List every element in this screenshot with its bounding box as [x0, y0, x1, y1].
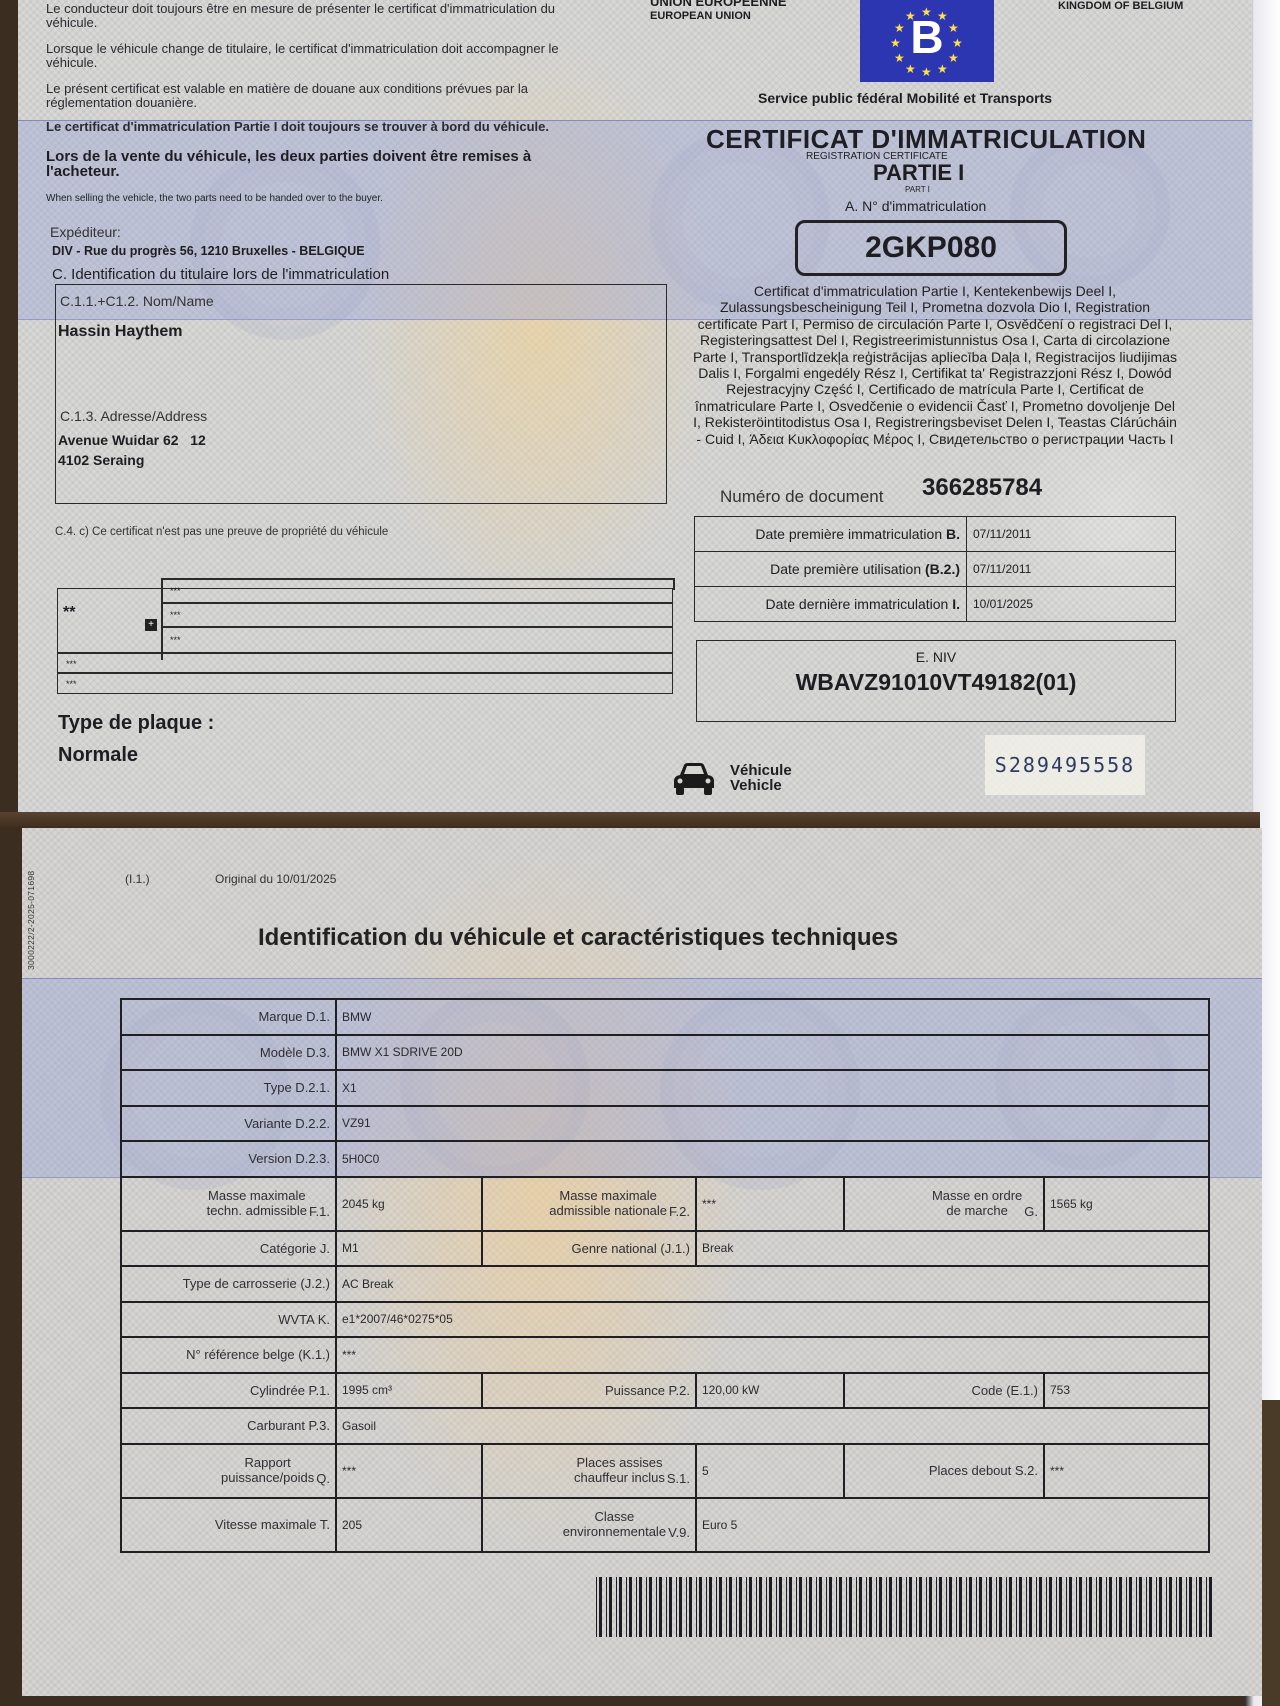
field-label: Rapport: [245, 1455, 291, 1470]
sender-address: DIV - Rue du progrès 56, 1210 Bruxelles …: [52, 244, 365, 258]
marker: **: [63, 604, 75, 622]
field-value: Break: [696, 1231, 1209, 1267]
original-code: (I.1.): [125, 872, 150, 886]
table-row: Variante D.2.2. VZ91: [121, 1106, 1209, 1142]
notice-on-board: Le certificat d'immatriculation Partie I…: [46, 120, 566, 134]
vin-label: E. NIV: [697, 649, 1175, 665]
field-code: F.2.: [669, 1204, 690, 1219]
star-icon: ★: [905, 10, 916, 22]
field-value: 120,00 kW: [696, 1373, 844, 1409]
registration-number: 2GKP080: [795, 220, 1067, 276]
holder-address-line1: Avenue Wuidar 62 12: [58, 432, 206, 448]
sender-label: Expéditeur:: [50, 224, 121, 240]
table-row: Vitesse maximale T. 205 Classeenvironnem…: [121, 1498, 1209, 1552]
star-icon: ★: [894, 52, 905, 64]
field-label: Puissance P.2.: [482, 1373, 696, 1409]
field-value: 753: [1044, 1373, 1209, 1409]
eu-label-en: EUROPEAN UNION: [650, 10, 751, 22]
field-value: M1: [336, 1231, 482, 1267]
field-value: VZ91: [336, 1106, 1209, 1142]
field-value: ***: [1044, 1444, 1209, 1498]
field-value: ***: [336, 1444, 482, 1498]
field-code: Q.: [316, 1471, 330, 1486]
car-icon: [672, 761, 716, 797]
extra-cell: ***: [66, 659, 77, 669]
field-label: Masse maximale: [559, 1188, 657, 1203]
holder-address-line2: 4102 Seraing: [58, 452, 144, 468]
star-icon: ★: [921, 66, 932, 78]
field-label: Places debout S.2.: [844, 1444, 1044, 1498]
notice-sale-en: When selling the vehicle, the two parts …: [46, 193, 383, 204]
divider: [161, 626, 673, 628]
field-value: BMW: [336, 999, 1209, 1035]
field-label: Classe: [595, 1509, 635, 1524]
country-code: B: [860, 12, 994, 62]
date-value: 07/11/2011: [967, 552, 1176, 587]
field-label: Genre national (J.1.): [482, 1231, 696, 1267]
holder-box: [55, 284, 667, 504]
star-icon: ★: [894, 22, 905, 34]
date-row: Date première utilisation (B.2.) 07/11/2…: [695, 552, 1176, 587]
extra-cell: ***: [170, 610, 181, 620]
holder-section-title: C. Identification du titulaire lors de l…: [52, 266, 389, 283]
field-label: Vitesse maximale T.: [121, 1498, 336, 1552]
technical-characteristics-table: Marque D.1. BMW Modèle D.3. BMW X1 SDRIV…: [120, 998, 1210, 1553]
date-row: Date dernière immatriculation I. 10/01/2…: [695, 587, 1176, 622]
field-value: BMW X1 SDRIVE 20D: [336, 1035, 1209, 1071]
date-label: Date première utilisation: [770, 561, 921, 577]
document-number-label: Numéro de document: [720, 487, 883, 507]
field-value: 2045 kg: [336, 1177, 482, 1231]
field-code: S.1.: [667, 1471, 690, 1486]
field-label: Masse en ordre: [932, 1188, 1022, 1203]
additional-info-box: [57, 588, 673, 694]
date-code: I.: [952, 596, 960, 612]
divider: [57, 672, 673, 674]
background-table: [1262, 1400, 1280, 1706]
divider: [673, 578, 675, 590]
field-label: Masse maximale: [208, 1188, 306, 1203]
table-row: N° référence belge (K.1.) ***: [121, 1337, 1209, 1373]
star-icon: ★: [937, 63, 948, 75]
field-value: Euro 5: [696, 1498, 1209, 1552]
table-row: Masse maximaletechn. admissibleF.1. 2045…: [121, 1177, 1209, 1231]
plate-type-value: Normale: [58, 744, 138, 767]
table-row: Type D.2.1. X1: [121, 1070, 1209, 1106]
vehicle-kind-fr: Véhicule: [730, 764, 792, 778]
field-code: G.: [1024, 1204, 1038, 1219]
table-row: Rapportpuissance/poidsQ. *** Places assi…: [121, 1444, 1209, 1498]
kingdom-label: KINGDOM OF BELGIUM: [1058, 0, 1183, 12]
divider: [161, 602, 673, 604]
table-row: WVTA K. e1*2007/46*0275*05: [121, 1302, 1209, 1338]
field-label: Type de carrosserie (J.2.): [121, 1266, 336, 1302]
multilingual-certificate-names: Certificat d'immatriculation Partie I, K…: [690, 283, 1180, 447]
star-icon: ★: [937, 10, 948, 22]
holder-name-label: C.1.1.+C1.2. Nom/Name: [60, 293, 214, 309]
vehicle-kind-en: Vehicle: [730, 779, 782, 793]
notice-1: Le conducteur doit toujours être en mesu…: [46, 2, 606, 30]
field-label: Carburant P.3.: [121, 1408, 336, 1444]
vertical-serial-number: 3000222/2-2025-071698: [26, 830, 40, 970]
table-row: Type de carrosserie (J.2.) AC Break: [121, 1266, 1209, 1302]
extra-cell: ***: [66, 679, 77, 689]
extra-cell: ***: [170, 635, 181, 645]
field-value: 1995 cm³: [336, 1373, 482, 1409]
field-label: Places assises: [576, 1455, 662, 1470]
service-name: Service public fédéral Mobilité et Trans…: [758, 90, 1052, 106]
field-value: 205: [336, 1498, 482, 1552]
table-row: Cylindrée P.1. 1995 cm³ Puissance P.2. 1…: [121, 1373, 1209, 1409]
part-label-en: PART I: [905, 185, 930, 194]
plate-number-label: A. N° d'immatriculation: [845, 198, 986, 214]
barcode: [596, 1577, 1216, 1637]
plate-type-label: Type de plaque :: [58, 712, 214, 735]
date-row: Date première immatriculation B. 07/11/2…: [695, 517, 1176, 552]
divider: [161, 578, 673, 580]
table-row: Catégorie J. M1 Genre national (J.1.) Br…: [121, 1231, 1209, 1267]
star-icon: ★: [890, 37, 901, 49]
star-icon: ★: [948, 52, 959, 64]
field-label: Modèle D.3.: [121, 1035, 336, 1071]
star-icon: ★: [921, 6, 932, 18]
notice-2: Lorsque le véhicule change de titulaire,…: [46, 42, 606, 70]
star-icon: ★: [948, 22, 959, 34]
field-value: ***: [336, 1337, 1209, 1373]
field-value: 5: [696, 1444, 844, 1498]
field-label: Catégorie J.: [121, 1231, 336, 1267]
holder-address-label: C.1.3. Adresse/Address: [60, 408, 207, 424]
field-label: Marque D.1.: [121, 999, 336, 1035]
date-value: 10/01/2025: [967, 587, 1176, 622]
field-label: Version D.2.3.: [121, 1141, 336, 1177]
holder-name: Hassin Haythem: [58, 323, 183, 341]
table-row: Marque D.1. BMW: [121, 999, 1209, 1035]
field-label: N° référence belge (K.1.): [121, 1337, 336, 1373]
registration-dates-table: Date première immatriculation B. 07/11/2…: [694, 516, 1176, 622]
divider: [57, 652, 673, 654]
field-label: Cylindrée P.1.: [121, 1373, 336, 1409]
table-row: Modèle D.3. BMW X1 SDRIVE 20D: [121, 1035, 1209, 1071]
stamp-number: S289495558: [985, 735, 1145, 795]
field-label: Variante D.2.2.: [121, 1106, 336, 1142]
vin-box: E. NIV WBAVZ91010VT49182(01): [696, 640, 1176, 722]
field-value: e1*2007/46*0275*05: [336, 1302, 1209, 1338]
star-icon: ★: [952, 37, 963, 49]
field-code: F.1.: [309, 1204, 330, 1219]
field-value: 5H0C0: [336, 1141, 1209, 1177]
table-row: Carburant P.3. Gasoil: [121, 1408, 1209, 1444]
technical-section-title: Identification du véhicule et caractéris…: [258, 924, 898, 952]
field-label: Code (E.1.): [844, 1373, 1044, 1409]
field-code: V.9.: [668, 1525, 690, 1540]
date-code: B.: [946, 526, 960, 542]
field-value: ***: [696, 1177, 844, 1231]
divider: [161, 578, 163, 660]
field-value: X1: [336, 1070, 1209, 1106]
star-icon: ★: [905, 63, 916, 75]
ownership-note: C.4. c) Ce certificat n'est pas une preu…: [55, 526, 388, 538]
date-label: Date dernière immatriculation: [765, 596, 948, 612]
plus-icon: +: [145, 619, 157, 631]
field-label: WVTA K.: [121, 1302, 336, 1338]
field-value: 1565 kg: [1044, 1177, 1209, 1231]
notice-3: Le présent certificat est valable en mat…: [46, 82, 586, 110]
eu-label-fr: UNION EUROPÉENNE: [650, 0, 787, 9]
original-date: Original du 10/01/2025: [215, 872, 336, 886]
vin-value: WBAVZ91010VT49182(01): [697, 669, 1175, 696]
date-value: 07/11/2011: [967, 517, 1176, 552]
date-code: (B.2.): [925, 561, 960, 577]
notice-sale: Lors de la vente du véhicule, les deux p…: [46, 149, 586, 179]
eu-flag-emblem: B ★ ★ ★ ★ ★ ★ ★ ★ ★ ★ ★ ★: [860, 0, 994, 82]
extra-cell: ***: [170, 586, 181, 596]
field-value: AC Break: [336, 1266, 1209, 1302]
part-label: PARTIE I: [873, 160, 964, 186]
field-value: Gasoil: [336, 1408, 1209, 1444]
field-label: Type D.2.1.: [121, 1070, 336, 1106]
date-label: Date première immatriculation: [755, 526, 942, 542]
document-number: 366285784: [922, 474, 1042, 502]
table-row: Version D.2.3. 5H0C0: [121, 1141, 1209, 1177]
